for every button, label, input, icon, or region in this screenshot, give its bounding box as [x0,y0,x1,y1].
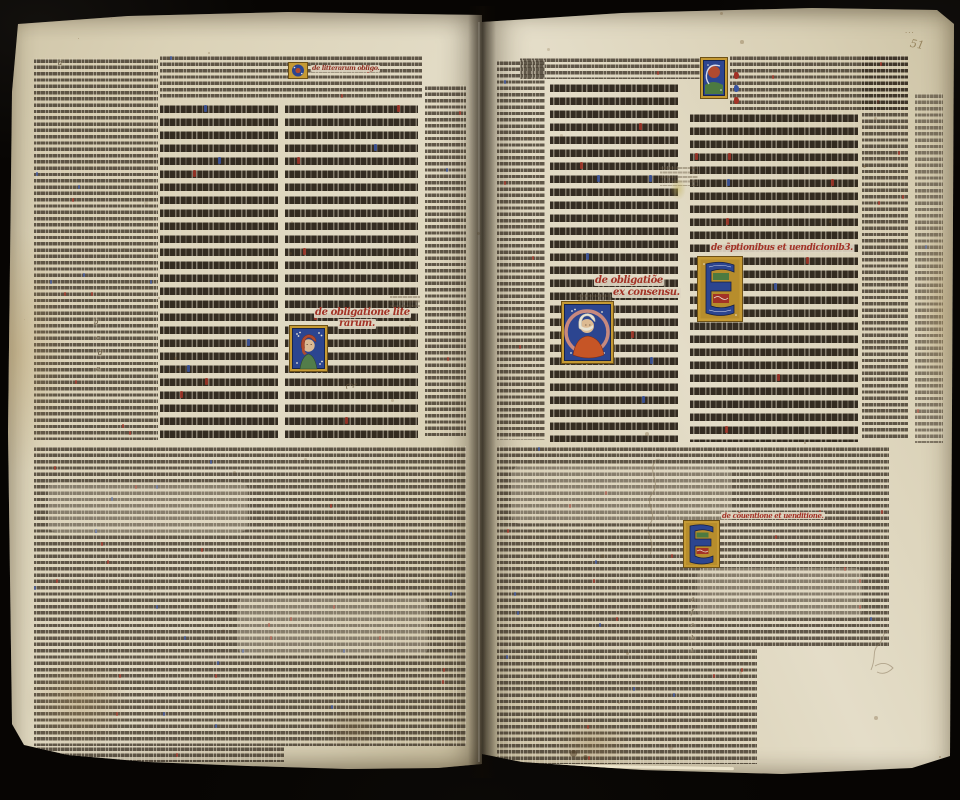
rubric-main-line2: rarum. [338,319,376,329]
foxing-speck [829,220,832,223]
foxing-speck [177,368,180,371]
historiated-initial-man-in-red-hood [289,325,328,372]
rubric-gloss-line1: de cõuentione et uenditione. [721,512,825,519]
margin-letter: a [58,60,62,67]
paragraph-mark [519,345,521,349]
paragraph-mark [450,592,452,596]
small-decorated-initial-roundel [288,62,308,79]
paragraph-mark [75,380,77,384]
margin-letter: e [96,366,100,373]
paragraph-mark [397,105,400,112]
paragraph-mark [83,273,85,277]
paragraph-mark [446,168,448,172]
paragraph-mark [593,579,595,583]
gloss-text-block-top-left [520,57,700,79]
paragraph-mark [775,535,777,539]
paragraph-mark [297,157,300,164]
paragraph-mark [595,560,597,564]
paragraph-mark [506,655,508,659]
paragraph-mark [217,661,219,665]
paragraph-mark [170,56,172,60]
paragraph-mark [633,687,635,691]
paragraph-mark [156,605,158,609]
paragraph-mark [517,611,519,615]
paragraph-mark [180,391,183,398]
foxing-speck [527,137,529,139]
paragraph-mark [201,548,203,552]
paragraph-mark [725,426,728,433]
paragraph-mark [331,705,333,709]
paragraph-mark [772,75,774,79]
paragraph-mark [586,253,589,260]
gloss-text-block-right-column [862,55,908,439]
paragraph-mark [734,72,739,79]
paragraph-mark [64,292,66,296]
right-page: de obligatiõe ex consensu. de ẽptionibus… [482,8,954,782]
gloss-text-block-right-strip [425,85,466,436]
paragraph-mark [878,201,880,205]
foxing-speck [391,399,394,402]
paragraph-mark [902,195,904,199]
main-text-column-1 [550,82,678,442]
paragraph-mark [34,586,36,590]
paragraph-mark [925,245,927,249]
paragraph-mark [341,94,343,98]
foxing-speck [560,134,563,137]
gloss-text-block-left-strip [497,60,545,440]
paragraph-mark [514,592,516,596]
paragraph-mark [122,424,124,428]
foxing-speck [409,325,411,327]
paragraph-mark [671,554,673,558]
paragraph-mark [880,62,882,66]
paragraph-mark [218,157,221,164]
paragraph-mark [657,71,659,75]
gloss-text-block-bottom-lower [497,648,757,764]
foxing-speck [804,442,806,444]
paragraph-mark [107,560,109,564]
foxing-speck [874,716,878,720]
pen-flourish [642,458,664,558]
foxing-speck [222,629,225,632]
paragraph-mark [443,668,445,672]
pen-flourish [344,382,358,392]
paragraph-mark [695,153,698,160]
rubric-col1-line2: ex consensu. [612,288,681,298]
paragraph-mark [303,248,306,255]
paragraph-mark [447,357,449,361]
foxing-speck [587,599,589,601]
paragraph-mark [727,179,730,186]
paragraph-mark [215,674,217,678]
paragraph-mark [204,105,207,112]
rubric-col1-line1: de obligatiõe [594,276,664,286]
foxing-speck [887,279,889,281]
margin-letter: b [94,319,98,326]
left-page: de litterarum obligo. de obligatione lit… [8,12,482,770]
paragraph-mark [713,674,715,678]
paragraph-mark [538,447,540,451]
paragraph-mark [459,111,461,115]
paragraph-mark [504,80,506,84]
paragraph-mark [507,529,509,533]
page-edge-highlight [478,22,480,762]
foxing-speck [645,432,649,436]
paragraph-mark [72,198,74,202]
paragraph-mark [616,617,618,621]
gloss-text-block-left-column [34,58,158,440]
paragraph-mark [917,409,919,413]
paragraph-mark [345,417,348,424]
paragraph-mark [831,179,834,186]
rubric-col2-line1: de ẽptionibus et uendicionib3. [710,244,854,253]
paragraph-mark [176,753,178,757]
foxing-speck [741,650,744,653]
paragraph-mark [580,162,583,169]
margin-letter: l [691,649,693,655]
paragraph-mark [36,172,38,176]
foxing-speck [291,221,293,223]
foxing-speck [601,554,605,558]
faded-patch [697,568,862,618]
historiated-initial-figure-in-white-coif [561,301,614,364]
decorated-initial-E-small-gloss [683,520,720,568]
main-text-column-1 [160,103,278,438]
paragraph-mark [504,181,506,185]
paragraph-mark [774,283,777,290]
margin-letter: s [691,623,694,629]
paragraph-mark [898,151,900,155]
paragraph-mark [330,504,332,508]
paragraph-mark [163,712,165,716]
paragraph-mark [247,339,250,346]
paragraph-mark [728,153,731,160]
foxing-speck [669,746,673,750]
rubric-top-gloss: de litterarum obligo. [311,65,380,72]
paragraph-mark [597,175,600,182]
small-decorated-initial-C [700,57,728,99]
faded-patch [48,482,248,532]
paragraph-mark [54,466,56,470]
paragraph-mark [184,636,186,640]
gloss-text-block-bottom-tail [34,746,284,762]
rubric-main-line1: de obligatione lite [314,308,411,318]
paragraph-mark [649,175,652,182]
margin-letter: c [96,335,100,342]
paragraph-mark [56,579,58,583]
marginal-annotation [660,166,698,186]
paragraph-mark [150,280,152,284]
faded-patch [512,466,732,524]
foxing-speck [78,38,79,39]
paragraph-mark [193,170,196,177]
paragraph-mark [726,218,729,225]
foxing-speck [24,319,25,320]
manuscript-spread-photo: de litterarum obligo. de obligatione lit… [0,0,960,800]
foxing-speck [547,48,550,51]
margin-letter: b [691,636,695,642]
margin-letter: a [691,597,695,603]
paragraph-mark [215,724,217,728]
paragraph-mark [734,97,739,104]
paragraph-mark [734,85,739,92]
paragraph-mark [129,431,131,435]
pen-flourish [867,626,901,674]
paragraph-mark [642,396,645,403]
foxing-speck [174,357,177,360]
paragraph-mark [50,280,52,284]
paragraph-mark [588,756,590,760]
foxing-speck [739,671,742,674]
foxing-speck [863,165,866,168]
paragraph-mark [870,617,872,621]
foxing-speck [740,40,744,44]
paragraph-mark [673,693,675,697]
paragraph-mark [631,331,634,338]
paragraph-mark [119,674,121,678]
marginal-annotation [390,295,420,307]
decorated-initial-E-blue-on-gold [697,256,743,322]
foxing-speck [939,756,941,758]
paragraph-mark [187,365,190,372]
paragraph-mark [777,374,780,381]
folio-marks: ··· [905,29,915,37]
paragraph-mark [806,257,809,264]
faded-patch [238,597,428,655]
gloss-text-block-far-right-strip [915,93,943,443]
paragraph-mark [639,123,642,130]
paragraph-mark [210,460,212,464]
paragraph-mark [532,256,534,260]
paragraph-mark [374,144,377,151]
paragraph-mark [78,185,80,189]
paragraph-mark [881,510,883,514]
foxing-speck [111,18,112,19]
paragraph-mark [91,292,93,296]
paragraph-mark [442,680,444,684]
margin-letter: d [98,350,102,357]
paragraph-mark [101,542,103,546]
foxing-speck [720,12,723,15]
paragraph-mark [599,623,601,627]
foxing-speck [618,702,620,704]
foxing-speck [123,248,125,250]
paragraph-mark [116,712,118,716]
paragraph-mark [650,357,653,364]
foxing-speck [477,232,480,235]
folio-number: 51 [909,37,925,52]
foxing-speck [874,117,877,120]
foxing-speck [667,515,669,517]
paragraph-mark [205,378,208,385]
foxing-speck [144,201,148,205]
margin-letter: f [691,610,693,616]
paragraph-mark [587,725,589,729]
